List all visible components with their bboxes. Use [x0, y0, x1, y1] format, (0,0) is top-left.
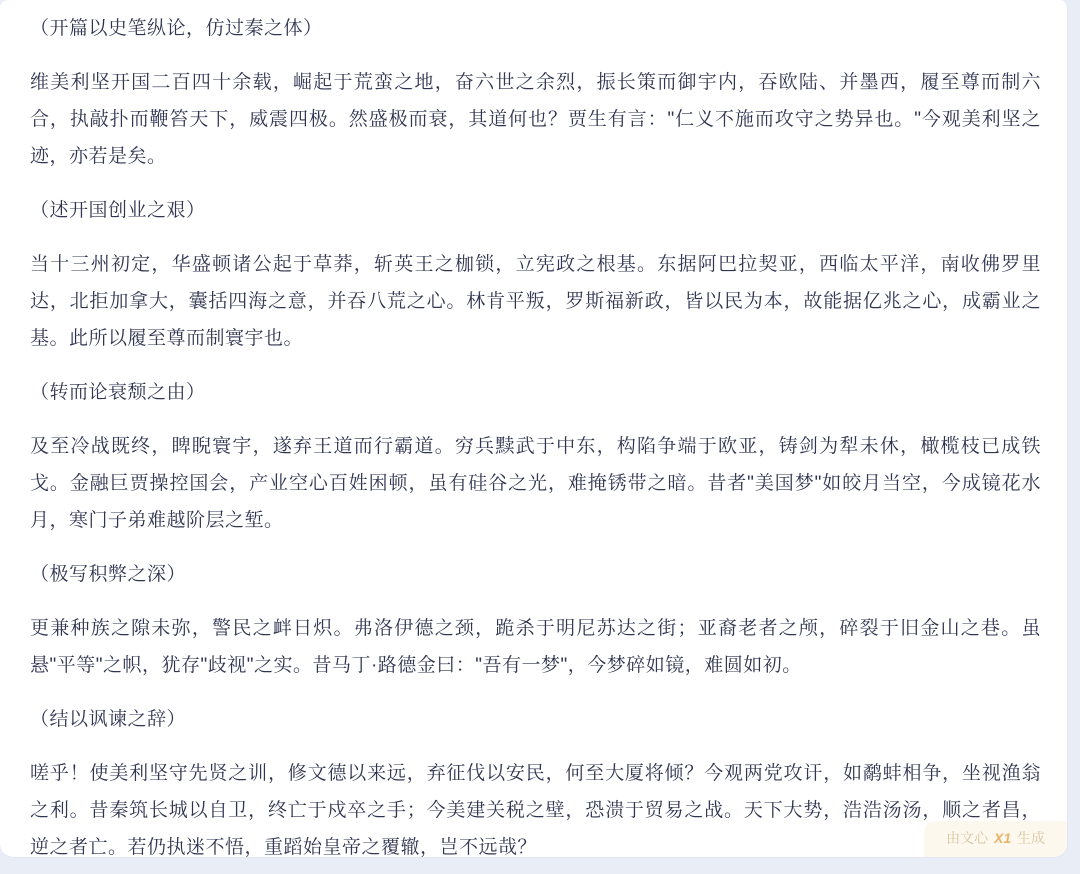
section-paragraph-4: 更兼种族之隙未弥，警民之衅日炽。弗洛伊德之颈，跪杀于明尼苏达之街；亚裔老者之颅，… — [30, 610, 1041, 684]
section-note-4: （极写积弊之深） — [30, 556, 1041, 593]
watermark-badge: 由文心 X1 生成 — [924, 821, 1067, 857]
section-note-5: （结以讽谏之辞） — [30, 701, 1041, 738]
section-paragraph-5: 嗟乎！使美利坚守先贤之训，修文德以来远，弃征伐以安民，何至大厦将倾？今观两党攻讦… — [30, 755, 1041, 858]
section-note-1: （开篇以史笔纵论，仿过秦之体） — [30, 10, 1041, 47]
section-paragraph-3: 及至冷战既终，睥睨寰宇，遂弃王道而行霸道。穷兵黩武于中东，构陷争端于欧亚，铸剑为… — [30, 428, 1041, 539]
essay-card: （开篇以史笔纵论，仿过秦之体） 维美利坚开国二百四十余载，崛起于荒蛮之地，奋六世… — [0, 0, 1068, 858]
watermark-model-name: X1 — [992, 830, 1013, 846]
section-note-2: （述开国创业之艰） — [30, 192, 1041, 229]
page-background: （开篇以史笔纵论，仿过秦之体） 维美利坚开国二百四十余载，崛起于荒蛮之地，奋六世… — [0, 0, 1080, 874]
watermark-prefix: 由文心 — [946, 830, 992, 846]
section-note-3: （转而论衰颓之由） — [30, 374, 1041, 411]
essay-content: （开篇以史笔纵论，仿过秦之体） 维美利坚开国二百四十余载，崛起于荒蛮之地，奋六世… — [0, 0, 1067, 858]
section-paragraph-1: 维美利坚开国二百四十余载，崛起于荒蛮之地，奋六世之余烈，振长策而御宇内，吞欧陆、… — [30, 64, 1041, 175]
watermark-suffix: 生成 — [1013, 830, 1045, 846]
section-paragraph-2: 当十三州初定，华盛顿诸公起于草莽，斩英王之枷锁，立宪政之根基。东据阿巴拉契亚，西… — [30, 246, 1041, 357]
